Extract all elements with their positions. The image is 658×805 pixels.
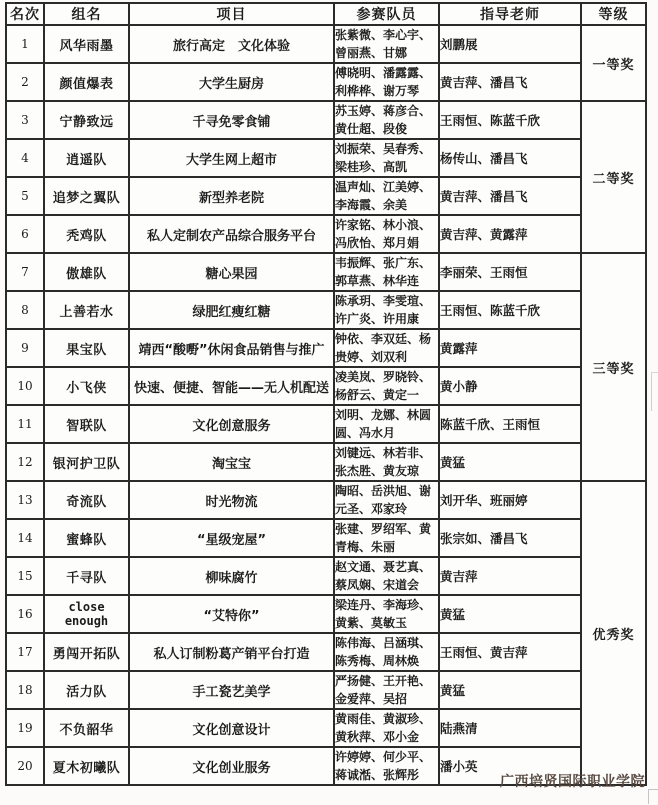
results-table: 名次 组名 项目 参赛队员 指导老师 等级 1风华雨墨旅行高定 文化体验张紫微、… [5, 2, 647, 786]
advisors-cell: 黄猛 [439, 671, 581, 709]
award-cell: 一等奖 [581, 25, 646, 101]
rank-cell: 5 [6, 177, 44, 215]
advisors-cell: 张宗如、潘昌飞 [439, 519, 581, 557]
members-cell: 苏玉婷、蒋彦合、 黄仕超、段俊 [334, 101, 439, 139]
table-row: 8上善若水绿肥红瘦红糖陈承玥、李雯瑄、 许广炎、许用康王雨恒、陈蓝千欣 [6, 291, 646, 329]
project-cell: 手工瓷艺美学 [129, 671, 334, 709]
header-members: 参赛队员 [334, 3, 439, 25]
award-cell: 二等奖 [581, 101, 646, 253]
table-row: 14蜜蜂队“星级宠屋”张建、罗绍军、黄 青梅、朱丽张宗如、潘昌飞 [6, 519, 646, 557]
advisors-cell: 王雨恒、陈蓝千欣 [439, 101, 581, 139]
members-cell: 傅晓明、潘露露、 利桦桦、谢万琴 [334, 63, 439, 101]
project-cell: 私人订制粉葛产销平台打造 [129, 633, 334, 671]
rank-cell: 11 [6, 405, 44, 443]
members-cell: 陶昭、岳洪旭、谢 元圣、邓家玲 [334, 481, 439, 519]
rank-cell: 16 [6, 595, 44, 633]
award-cell: 三等奖 [581, 253, 646, 481]
advisors-cell: 黄吉萍、黄露萍 [439, 215, 581, 253]
advisors-cell: 杨传山、潘昌飞 [439, 139, 581, 177]
project-cell: 新型养老院 [129, 177, 334, 215]
project-cell: 淘宝宝 [129, 443, 334, 481]
table-header: 名次 组名 项目 参赛队员 指导老师 等级 [6, 3, 646, 25]
members-cell: 刘明、龙娜、林圆 圆、冯水月 [334, 405, 439, 443]
members-cell: 钟依、李双廷、杨 贵婷、刘双利 [334, 329, 439, 367]
advisors-cell: 黄露萍 [439, 329, 581, 367]
members-cell: 许家铭、林小浪、 冯欣怡、郑月娟 [334, 215, 439, 253]
members-cell: 刘键远、林若非、 张杰胜、黄友琼 [334, 443, 439, 481]
rank-cell: 2 [6, 63, 44, 101]
advisors-cell: 王雨恒、黄吉萍 [439, 633, 581, 671]
members-cell: 刘振荣、吴春秀、 梁桂珍、高凯 [334, 139, 439, 177]
header-award: 等级 [581, 3, 646, 25]
project-cell: “艾特你” [129, 595, 334, 633]
project-cell: 靖西“酸嘢”休闲食品销售与推广 [129, 329, 334, 367]
rank-cell: 19 [6, 709, 44, 747]
project-cell: 大学生厨房 [129, 63, 334, 101]
header-advisors: 指导老师 [439, 3, 581, 25]
advisors-cell: 陈蓝千欣、王雨恒 [439, 405, 581, 443]
rank-cell: 9 [6, 329, 44, 367]
members-cell: 温声灿、江美婷、 李海霞、余美 [334, 177, 439, 215]
team-name-cell: 千寻队 [44, 557, 129, 595]
page: 名次 组名 项目 参赛队员 指导老师 等级 1风华雨墨旅行高定 文化体验张紫微、… [0, 0, 658, 805]
team-name-cell: 智联队 [44, 405, 129, 443]
team-name-cell: 追梦之翼队 [44, 177, 129, 215]
table-row: 19不负韶华文化创意设计黄雨佳、黄淑珍、 黄秋萍、邓小金陆燕清 [6, 709, 646, 747]
team-name-cell: 小飞侠 [44, 367, 129, 405]
members-cell: 陈伟海、吕涵琪、 陈秀梅、周林焕 [334, 633, 439, 671]
header-row: 名次 组名 项目 参赛队员 指导老师 等级 [6, 3, 646, 25]
team-name-cell: 勇闯开拓队 [44, 633, 129, 671]
header-team: 组名 [44, 3, 129, 25]
table-row: 18活力队手工瓷艺美学严扬健、王开艳、 金爱萍、吴招黄猛 [6, 671, 646, 709]
members-cell: 许婷婷、何少平、 蒋诚湉、张辉彤 [334, 747, 439, 785]
advisors-cell: 黄猛 [439, 443, 581, 481]
team-name-cell: 夏木初曦队 [44, 747, 129, 785]
table-row: 7傲雄队糖心果园韦振辉、张广东、 郭草燕、林华连李丽荣、王雨恒三等奖 [6, 253, 646, 291]
project-cell: 私人定制农产品综合服务平台 [129, 215, 334, 253]
members-cell: 韦振辉、张广东、 郭草燕、林华连 [334, 253, 439, 291]
team-name-cell: 宁静致远 [44, 101, 129, 139]
advisors-cell: 刘鹏展 [439, 25, 581, 63]
team-name-cell: 活力队 [44, 671, 129, 709]
table-row: 6秃鸡队私人定制农产品综合服务平台许家铭、林小浪、 冯欣怡、郑月娟黄吉萍、黄露萍 [6, 215, 646, 253]
members-cell: 梁连丹、李海珍、 黄紫、莫敏玉 [334, 595, 439, 633]
team-name-cell: 不负韶华 [44, 709, 129, 747]
members-cell: 赵文通、聂艺真、 蔡凤娴、宋道会 [334, 557, 439, 595]
table-row: 4逍遥队大学生网上超市刘振荣、吴春秀、 梁桂珍、高凯杨传山、潘昌飞 [6, 139, 646, 177]
team-name-cell: 傲雄队 [44, 253, 129, 291]
project-cell: 绿肥红瘦红糖 [129, 291, 334, 329]
advisors-cell: 王雨恒、陈蓝千欣 [439, 291, 581, 329]
team-name-cell: 颜值爆表 [44, 63, 129, 101]
members-cell: 凌美岚、罗晓铃、 杨舒云、黄定一 [334, 367, 439, 405]
rank-cell: 13 [6, 481, 44, 519]
project-cell: 大学生网上超市 [129, 139, 334, 177]
table-row: 12银河护卫队淘宝宝刘键远、林若非、 张杰胜、黄友琼黄猛 [6, 443, 646, 481]
members-cell: 黄雨佳、黄淑珍、 黄秋萍、邓小金 [334, 709, 439, 747]
project-cell: 快速、便捷、智能——无人机配送 [129, 367, 334, 405]
advisors-cell: 黄吉萍 [439, 557, 581, 595]
members-cell: 张建、罗绍军、黄 青梅、朱丽 [334, 519, 439, 557]
table-row: 9果宝队靖西“酸嘢”休闲食品销售与推广钟依、李双廷、杨 贵婷、刘双利黄露萍 [6, 329, 646, 367]
project-cell: “星级宠屋” [129, 519, 334, 557]
project-cell: 糖心果园 [129, 253, 334, 291]
team-name-cell: close enough [44, 595, 129, 633]
advisors-cell: 刘开华、班丽婷 [439, 481, 581, 519]
header-rank: 名次 [6, 3, 44, 25]
team-name-cell: 逍遥队 [44, 139, 129, 177]
rank-cell: 12 [6, 443, 44, 481]
table-row: 13奇流队时光物流陶昭、岳洪旭、谢 元圣、邓家玲刘开华、班丽婷优秀奖 [6, 481, 646, 519]
award-cell: 优秀奖 [581, 481, 646, 785]
team-name-cell: 风华雨墨 [44, 25, 129, 63]
members-cell: 陈承玥、李雯瑄、 许广炎、许用康 [334, 291, 439, 329]
project-cell: 文化创意设计 [129, 709, 334, 747]
table-row: 3宁静致远千寻免零食铺苏玉婷、蒋彦合、 黄仕超、段俊王雨恒、陈蓝千欣二等奖 [6, 101, 646, 139]
table-row: 16close enough“艾特你”梁连丹、李海珍、 黄紫、莫敏玉黄猛 [6, 595, 646, 633]
rank-cell: 6 [6, 215, 44, 253]
table-row: 1风华雨墨旅行高定 文化体验张紫微、李心宇、 曾丽燕、甘娜刘鹏展一等奖 [6, 25, 646, 63]
project-cell: 柳味腐竹 [129, 557, 334, 595]
project-cell: 千寻免零食铺 [129, 101, 334, 139]
team-name-cell: 银河护卫队 [44, 443, 129, 481]
members-cell: 张紫微、李心宇、 曾丽燕、甘娜 [334, 25, 439, 63]
rank-cell: 3 [6, 101, 44, 139]
project-cell: 旅行高定 文化体验 [129, 25, 334, 63]
school-watermark: 广西培贤国际职业学院 [500, 771, 645, 791]
team-name-cell: 秃鸡队 [44, 215, 129, 253]
members-cell: 严扬健、王开艳、 金爱萍、吴招 [334, 671, 439, 709]
rank-cell: 17 [6, 633, 44, 671]
advisors-cell: 黄吉萍、潘昌飞 [439, 177, 581, 215]
rank-cell: 1 [6, 25, 44, 63]
table-row: 17勇闯开拓队私人订制粉葛产销平台打造陈伟海、吕涵琪、 陈秀梅、周林焕王雨恒、黄… [6, 633, 646, 671]
results-table-body: 1风华雨墨旅行高定 文化体验张紫微、李心宇、 曾丽燕、甘娜刘鹏展一等奖2颜值爆表… [6, 25, 646, 785]
rank-cell: 10 [6, 367, 44, 405]
team-name-cell: 奇流队 [44, 481, 129, 519]
table-row: 2颜值爆表大学生厨房傅晓明、潘露露、 利桦桦、谢万琴黄吉萍、潘昌飞 [6, 63, 646, 101]
project-cell: 时光物流 [129, 481, 334, 519]
advisors-cell: 黄猛 [439, 595, 581, 633]
advisors-cell: 黄小静 [439, 367, 581, 405]
project-cell: 文化创业服务 [129, 747, 334, 785]
table-row: 10小飞侠快速、便捷、智能——无人机配送凌美岚、罗晓铃、 杨舒云、黄定一黄小静 [6, 367, 646, 405]
rank-cell: 20 [6, 747, 44, 785]
header-project: 项目 [129, 3, 334, 25]
team-name-cell: 上善若水 [44, 291, 129, 329]
scan-artifact-right-edge [651, 372, 658, 411]
rank-cell: 18 [6, 671, 44, 709]
rank-cell: 7 [6, 253, 44, 291]
table-row: 11智联队文化创意服务刘明、龙娜、林圆 圆、冯水月陈蓝千欣、王雨恒 [6, 405, 646, 443]
team-name-cell: 果宝队 [44, 329, 129, 367]
table-row: 5追梦之翼队新型养老院温声灿、江美婷、 李海霞、余美黄吉萍、潘昌飞 [6, 177, 646, 215]
results-table-container: 名次 组名 项目 参赛队员 指导老师 等级 1风华雨墨旅行高定 文化体验张紫微、… [5, 2, 647, 786]
advisors-cell: 陆燕清 [439, 709, 581, 747]
advisors-cell: 黄吉萍、潘昌飞 [439, 63, 581, 101]
rank-cell: 8 [6, 291, 44, 329]
rank-cell: 14 [6, 519, 44, 557]
rank-cell: 4 [6, 139, 44, 177]
rank-cell: 15 [6, 557, 44, 595]
table-row: 15千寻队柳味腐竹赵文通、聂艺真、 蔡凤娴、宋道会黄吉萍 [6, 557, 646, 595]
project-cell: 文化创意服务 [129, 405, 334, 443]
advisors-cell: 李丽荣、王雨恒 [439, 253, 581, 291]
team-name-cell: 蜜蜂队 [44, 519, 129, 557]
scan-artifact-bottom-right [648, 789, 658, 804]
